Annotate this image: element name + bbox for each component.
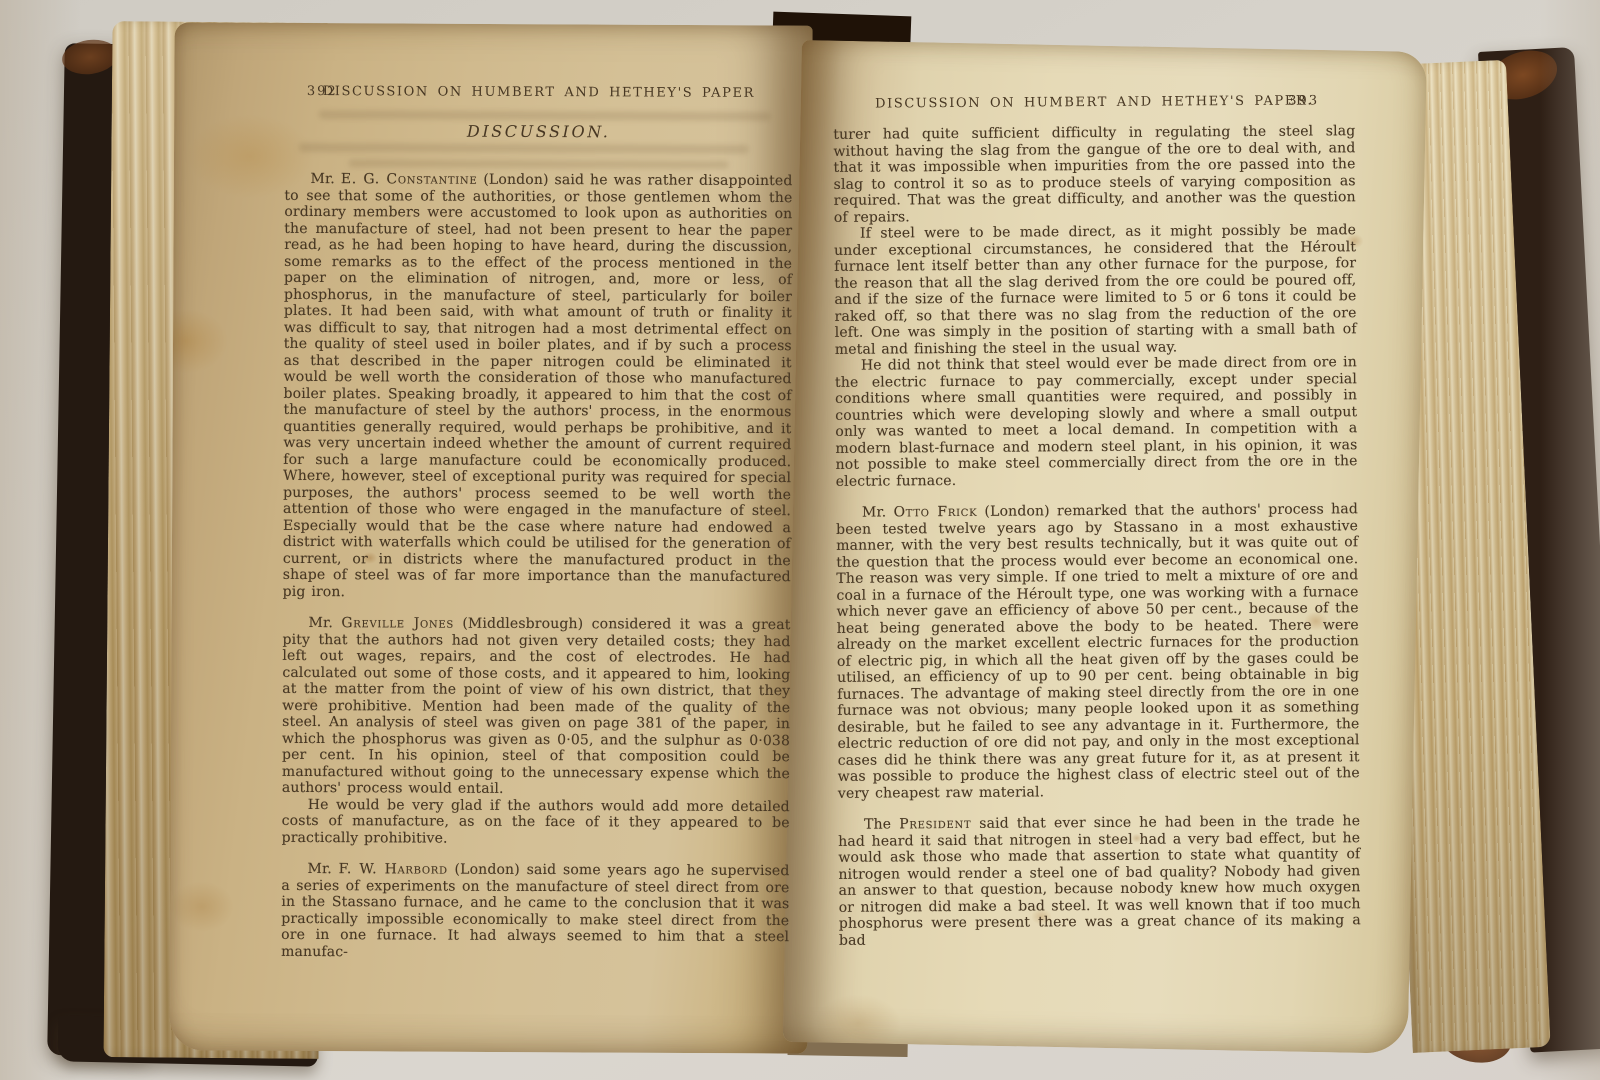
- show-through-text: [349, 159, 729, 169]
- speaker-name: President: [899, 816, 971, 833]
- left-page-header: 392 DISCUSSION ON HUMBERT AND HETHEY'S P…: [285, 83, 793, 102]
- right-page-paragraphs: turer had quite sufficient difficulty in…: [833, 123, 1361, 949]
- speaker-name: Otto Frick: [894, 504, 978, 521]
- left-running-title: DISCUSSION ON HUMBERT AND HETHEY'S PAPER: [323, 84, 755, 101]
- paragraph: Mr. F. W. Harbord (London) said some yea…: [281, 861, 789, 962]
- book-photo: 392 DISCUSSION ON HUMBERT AND HETHEY'S P…: [0, 0, 1600, 1080]
- paragraph: Mr. E. G. Constantine (London) said he w…: [283, 171, 793, 602]
- paragraph: Mr. Otto Frick (London) remarked that th…: [836, 501, 1360, 802]
- right-running-title: DISCUSSION ON HUMBERT AND HETHEY'S PAPER…: [875, 93, 1313, 111]
- paragraph: Mr. Greville Jones (Middlesbrough) consi…: [282, 615, 791, 799]
- left-page-paragraphs: Mr. E. G. Constantine (London) said he w…: [281, 171, 792, 962]
- show-through-text: [319, 110, 771, 121]
- right-page-number: 393: [1288, 92, 1319, 109]
- right-page-content: DISCUSSION ON HUMBERT AND HETHEY'S PAPER…: [833, 92, 1361, 949]
- speaker-name: F. W. Harbord: [339, 861, 448, 877]
- speaker-name: E. G. Constantine: [341, 171, 478, 188]
- left-page-number: 392: [307, 83, 338, 100]
- show-through-text: [299, 143, 749, 154]
- right-page-header: DISCUSSION ON HUMBERT AND HETHEY'S PAPER…: [833, 92, 1355, 113]
- paragraph: He would be very glad if the authors wou…: [282, 796, 790, 848]
- paragraph: The President said that ever since he ha…: [838, 813, 1361, 949]
- section-heading: DISCUSSION.: [285, 121, 793, 142]
- left-page-content: 392 DISCUSSION ON HUMBERT AND HETHEY'S P…: [281, 83, 793, 962]
- speaker-name: Greville Jones: [341, 615, 454, 631]
- paragraph: turer had quite sufficient difficulty in…: [833, 123, 1356, 226]
- paragraph: He did not think that steel would ever b…: [835, 354, 1358, 490]
- paragraph: If steel were to be made direct, as it m…: [834, 222, 1357, 358]
